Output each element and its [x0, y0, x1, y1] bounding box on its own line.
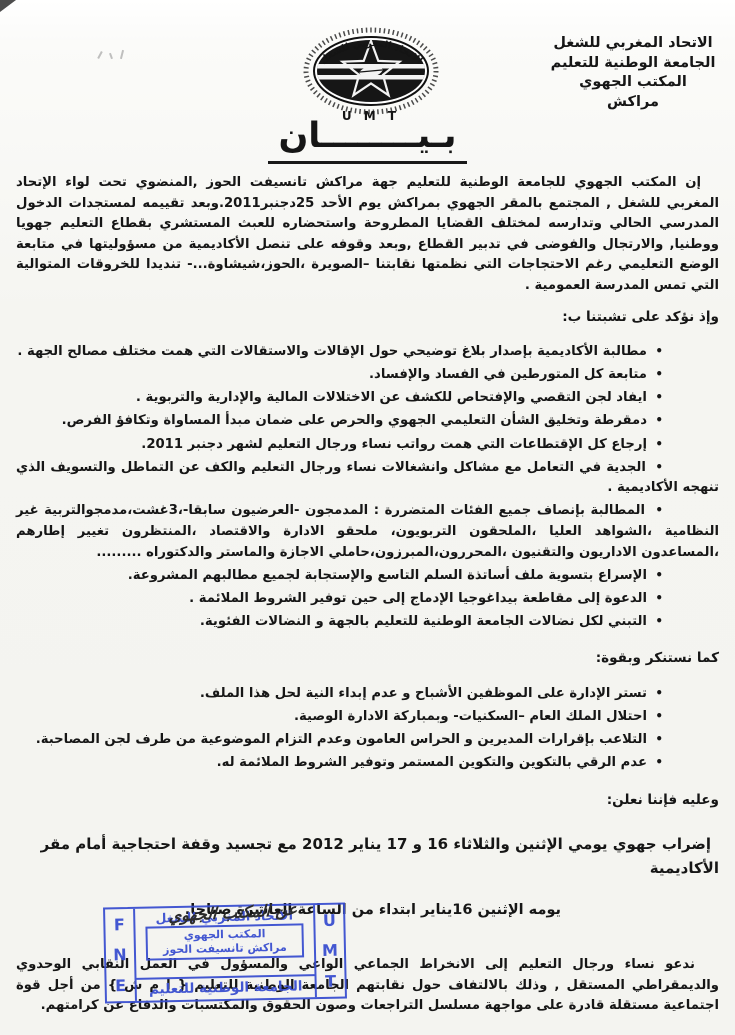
- list-item: الإسراع بتسوية ملف أساتذة السلم التاسع و…: [16, 565, 719, 587]
- section2-heading: كما نستنكر وبقوة:: [16, 648, 719, 669]
- stamp-inner-box: المكتب الجهوي مراكش تانسيفت الحوز: [145, 923, 304, 960]
- list-item: المطالبة بإنصاف جميع الفئات المتضررة : ا…: [16, 500, 719, 563]
- letterhead-line-union: الاتحاد المغربي للشغل: [549, 34, 717, 54]
- list-item: عدم الرقي بالتكوين والتكوين المستمر وتوف…: [16, 752, 719, 774]
- pen-marks: [90, 44, 123, 63]
- list-item: التلاعب بإقرارات المديرين و الحراس العام…: [16, 729, 719, 751]
- list-item: إرجاع كل الإقتطاعات التي همت رواتب نساء …: [16, 434, 719, 456]
- letterhead: الاتحاد المغربي للشغل الجامعة الوطنية لل…: [549, 34, 717, 112]
- stamp-bottom-text: الجامعة الوطنية للتعليم: [137, 974, 315, 1001]
- stamp-region-line: مراكش تانسيفت الحوز: [148, 940, 302, 957]
- section2-list: تستر الإدارة على الموظفين الأشباح و عدم …: [16, 683, 719, 774]
- list-item: مطالبة الأكاديمية بإصدار بلاغ توضيحي حول…: [16, 341, 719, 363]
- list-item: احتلال الملك العام –السكنيات- وبمباركة ا…: [16, 706, 719, 728]
- scanned-union-statement: الاتحاد المغربي للشغل الجامعة الوطنية لل…: [0, 0, 735, 1035]
- letterhead-line-federation: الجامعة الوطنية للتعليم: [549, 54, 717, 74]
- list-item: الجدية في التعامل مع مشاكل وانشغالات نسا…: [16, 457, 719, 499]
- section1-heading: وإذ نؤكد على تشبتنا ب:: [16, 307, 719, 328]
- section3-heading: وعليه فإننا نعلن:: [16, 790, 719, 811]
- list-item: دمقرطة وتخليق الشأن التعليمي الجهوي والح…: [16, 410, 719, 432]
- document-body: إن المكتب الجهوي للجامعة الوطنية للتعليم…: [16, 173, 719, 1017]
- letterhead-line-office: المكتب الجهوي: [549, 73, 717, 93]
- list-item: متابعة كل المتورطين في الفساد والإفساد.: [16, 364, 719, 386]
- document-title: بـيــــــــان: [0, 116, 735, 164]
- stamp-umt-letters: U M T: [313, 905, 345, 998]
- list-item: التبني لكل نضالات الجامعة الوطنية للتعلي…: [16, 611, 719, 633]
- list-item: الدعوة إلى مقاطعة بيداغوجيا الإدماج إلى …: [16, 588, 719, 610]
- list-item: تستر الإدارة على الموظفين الأشباح و عدم …: [16, 683, 719, 705]
- title-text: بـيــــــــان: [268, 116, 466, 164]
- section1-list: مطالبة الأكاديمية بإصدار بلاغ توضيحي حول…: [16, 341, 719, 632]
- stamp-fne-letters: F N E: [105, 909, 137, 1002]
- strike-announcement: إضراب جهوي يومي الإثنين والثلاثاء 16 و 1…: [16, 832, 719, 880]
- letterhead-line-city: مراكش: [549, 93, 717, 113]
- list-item: ايفاد لجن التقصي والإفتحاص للكشف عن الاخ…: [16, 387, 719, 409]
- scan-corner-artifact: [0, 0, 16, 12]
- umt-emblem-icon: الاتحاد المغربي للشغل U M T: [286, 20, 456, 124]
- intro-paragraph: إن المكتب الجهوي للجامعة الوطنية للتعليم…: [16, 173, 719, 297]
